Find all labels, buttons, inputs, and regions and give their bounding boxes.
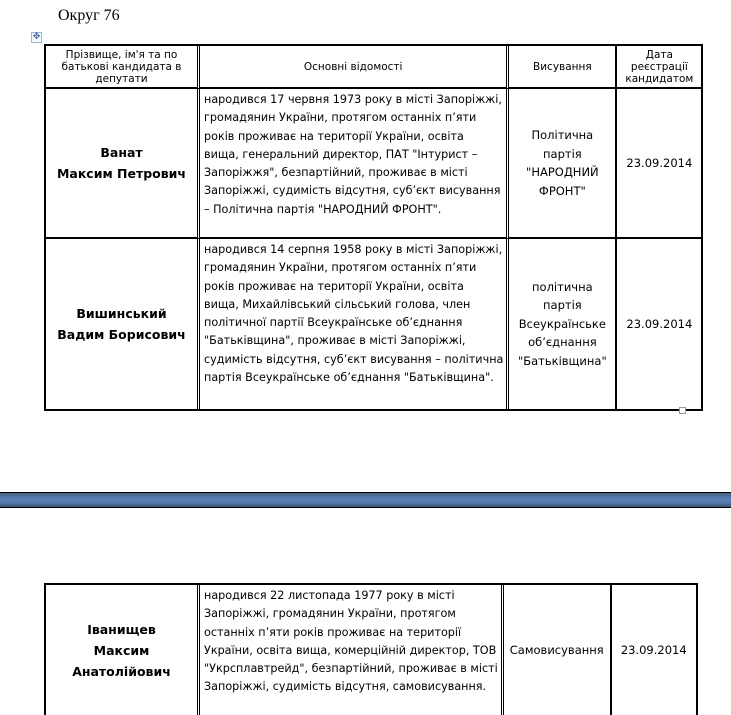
header-date-line: кандидатом [617,73,701,85]
table-resize-handle-icon[interactable] [679,407,686,414]
name-line: Анатолійович [46,661,197,682]
header-date-line: Дата [617,49,701,61]
header-nomination: Висування [509,46,617,89]
candidate-name: Вишинський Вадим Борисович [46,239,200,409]
nomination-line: партія [509,296,615,315]
registration-date: 23.09.2014 [617,89,701,239]
candidate-nomination: політична партія Всеукраїнське об’єднанн… [509,239,617,409]
nomination-line: ФРОНТ" [509,182,615,201]
nomination-line: Самовисування [504,641,610,660]
info-line: – Політична партія "НАРОДНИЙ ФРОНТ". [204,201,503,219]
info-line: Запоріжжі, судимість відсутня, самовисув… [204,678,498,696]
info-line: народився 22 листопада 1977 року в місті [204,587,498,605]
info-line: років проживає на території України, осв… [204,128,503,146]
registration-date: 23.09.2014 [617,239,701,409]
table-header-row: Прізвище, ім'я та по батькові кандидата … [46,46,701,89]
info-line: останніх п’яти років проживає на територ… [204,624,498,642]
info-line: Запоріжжі, судимість відсутня, суб’єкт в… [204,182,503,200]
header-info: Основні відомості [200,46,509,89]
info-line: судимість відсутня, суб’єкт висування – … [204,351,503,369]
name-line: Вадим Борисович [46,324,197,345]
table-move-handle-icon[interactable]: ✥ [31,32,42,43]
info-line: політичної партії Всеукраїнське об’єднан… [204,314,503,332]
info-line: Запоріжжі, громадянин України, протягом [204,605,498,623]
header-date-line: реєстрації [617,61,701,73]
registration-date: 23.09.2014 [612,585,696,715]
header-name-line: батькові кандидата в [46,61,197,73]
header-name-line: Прізвище, ім'я та по [46,49,197,61]
header-name-line: депутати [46,73,197,85]
info-line: "Укрсплавтрейд", безпартійний, проживає … [204,660,498,678]
table-row: Вишинський Вадим Борисович народився 14 … [46,239,701,409]
nomination-line: Всеукраїнське [509,315,615,334]
name-line: Вишинський [46,303,197,324]
name-line: Ванат [46,142,197,163]
candidate-info: народився 17 червня 1973 року в місті За… [200,89,509,239]
info-line: "Батьківщина", проживає в місті Запоріжж… [204,332,503,350]
candidate-name: Ванат Максим Петрович [46,89,200,239]
table-row: Іванищев Максим Анатолійович народився 2… [46,585,696,715]
nomination-line: об’єднання [509,333,615,352]
info-line: партія Всеукраїнське об’єднання "Батьків… [204,369,503,387]
header-name: Прізвище, ім'я та по батькові кандидата … [46,46,200,89]
page-break-separator [0,492,731,508]
candidate-nomination: Самовисування [504,585,612,715]
candidate-info: народився 14 серпня 1958 року в місті За… [200,239,509,409]
info-line: України, освіта вища, комерційній директ… [204,642,498,660]
candidate-name: Іванищев Максим Анатолійович [46,585,200,715]
info-line: народився 14 серпня 1958 року в місті За… [204,241,503,259]
info-line: вища, генеральний директор, ПАТ "Інтурис… [204,146,503,164]
nomination-line: партія [509,145,615,164]
info-line: років проживає на території України, осв… [204,278,503,296]
nomination-line: Політична [509,126,615,145]
info-line: вища, Михайлівський сільський голова, чл… [204,296,503,314]
nomination-line: "Батьківщина" [509,352,615,371]
nomination-line: політична [509,278,615,297]
district-title: Округ 76 [58,7,120,25]
name-line: Максим Петрович [46,163,197,184]
info-line: громадянин України, протягом останніх п’… [204,259,503,277]
nomination-line: "НАРОДНИЙ [509,163,615,182]
name-line: Іванищев [46,619,197,640]
candidate-nomination: Політична партія "НАРОДНИЙ ФРОНТ" [509,89,617,239]
candidate-info: народився 22 листопада 1977 року в місті… [200,585,504,715]
info-line: Запоріжжя", безпартійний, проживає в міс… [204,164,503,182]
candidates-table-continued: Іванищев Максим Анатолійович народився 2… [44,583,698,715]
table-row: Ванат Максим Петрович народився 17 червн… [46,89,701,239]
info-line: громадянин України, протягом останніх п’… [204,109,503,127]
candidates-table: Прізвище, ім'я та по батькові кандидата … [44,44,703,411]
info-line: народився 17 червня 1973 року в місті За… [204,91,503,109]
header-date: Дата реєстрації кандидатом [617,46,701,89]
name-line: Максим [46,640,197,661]
